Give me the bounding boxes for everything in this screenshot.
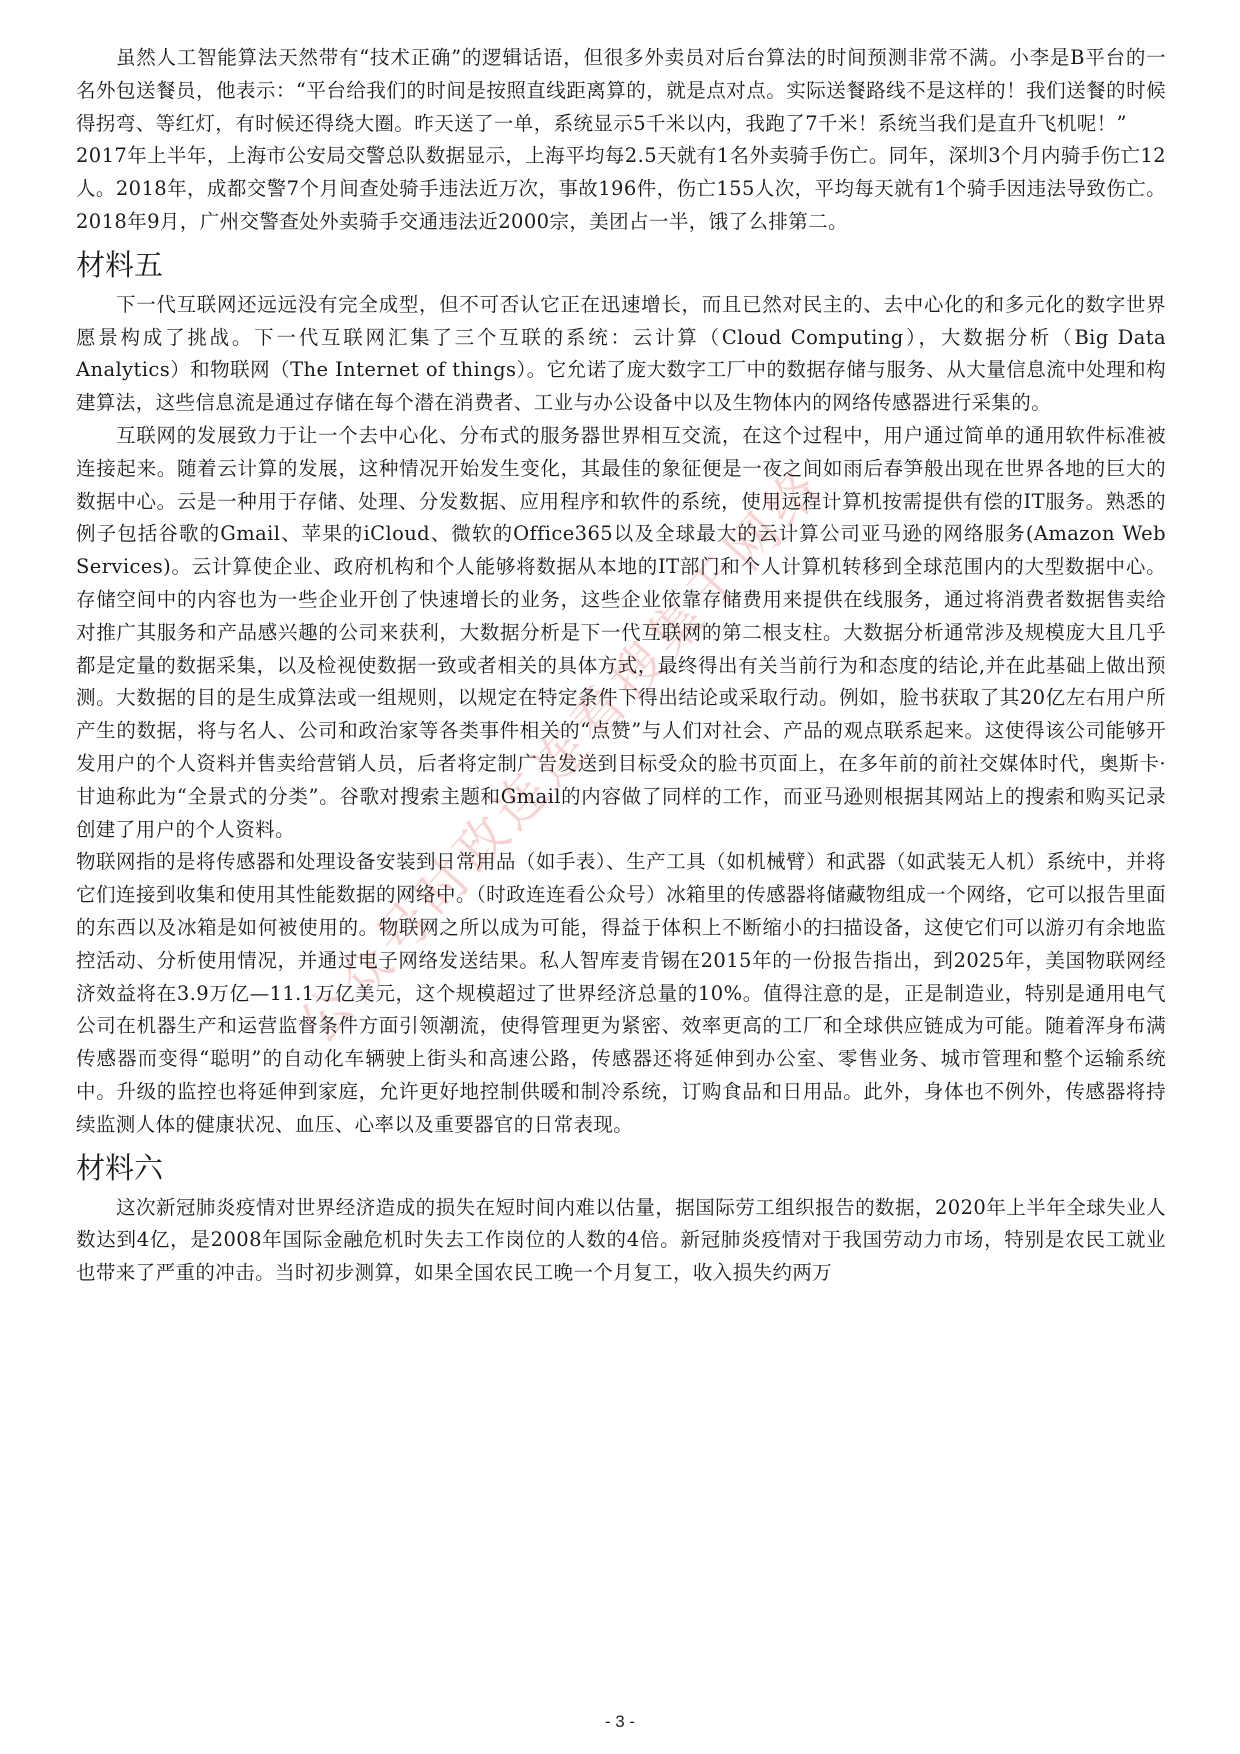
document-page: 公众号时政连连看搜集于网络 虽然人工智能算法天然带有“技术正确”的逻辑话语，但很… — [0, 0, 1240, 1754]
paragraph-courier-complaint: 虽然人工智能算法天然带有“技术正确”的逻辑话语，但很多外卖员对后台算法的时间预测… — [76, 42, 1166, 140]
paragraph-internet-of-things: 物联网指的是将传感器和处理设备安装到日常用品（如手表）、生产工具（如机械臂）和武… — [76, 846, 1166, 1141]
paragraph-next-gen-internet: 下一代互联网还远远没有完全成型，但不可否认它正在迅速增长，而且已然对民主的、去中… — [76, 289, 1166, 420]
paragraph-rider-accident-stats: 2017年上半年，上海市公安局交警总队数据显示，上海平均每2.5天就有1名外卖骑… — [76, 140, 1166, 238]
section-heading-material-5: 材料五 — [76, 243, 1166, 287]
page-content: 虽然人工智能算法天然带有“技术正确”的逻辑话语，但很多外卖员对后台算法的时间预测… — [76, 42, 1166, 1290]
page-number: - 3 - — [0, 1712, 1240, 1732]
paragraph-covid-employment: 这次新冠肺炎疫情对世界经济造成的损失在短时间内难以估量，据国际劳工组织报告的数据… — [76, 1192, 1166, 1290]
section-heading-material-6: 材料六 — [76, 1146, 1166, 1190]
paragraph-cloud-bigdata: 互联网的发展致力于让一个去中心化、分布式的服务器世界相互交流，在这个过程中，用户… — [76, 420, 1166, 846]
